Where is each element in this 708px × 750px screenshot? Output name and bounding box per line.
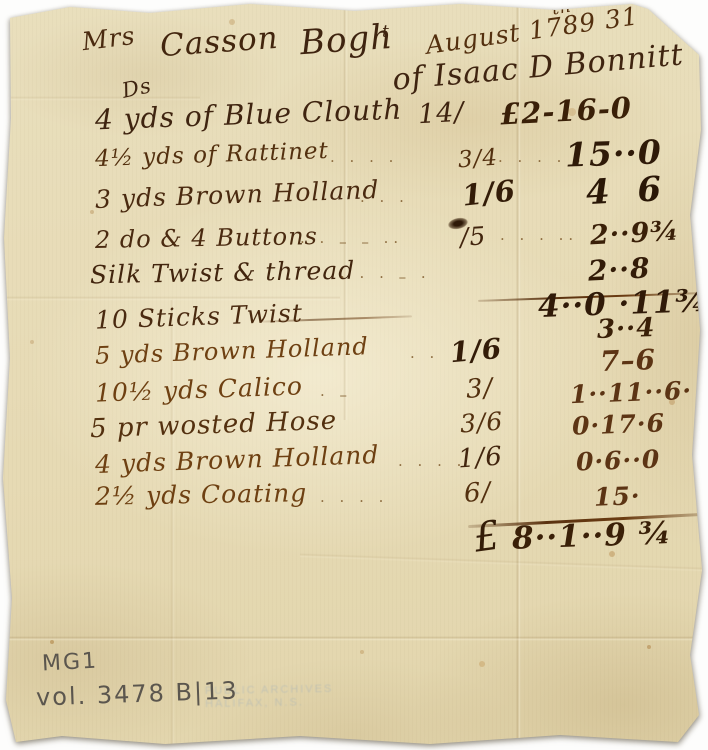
item-amount: 4 6 — [585, 169, 670, 213]
header-date-superscript: th — [550, 0, 573, 20]
item-amount: 0·6··0 — [576, 445, 661, 477]
total-amount: 8··1··9 ¾ — [511, 515, 672, 557]
crease-line — [0, 636, 708, 641]
item-desc: Silk Twist & thread — [90, 256, 356, 290]
item-qty-flourish: Ds — [120, 73, 154, 103]
leader-dots: · · — [410, 348, 439, 366]
leader-dots: · · · · — [398, 456, 466, 474]
item-desc: 3 yds Brown Holland — [95, 175, 380, 214]
item-rate: /5 — [459, 221, 487, 252]
pencil-archive-ref-line1: MG1 — [41, 649, 98, 677]
foxing-spots — [50, 640, 54, 644]
item-rate: 1/6 — [460, 173, 517, 212]
item-desc: 2½ yds Coating — [95, 478, 308, 511]
item-desc: 4 yds Brown Holland — [95, 440, 380, 479]
item-amount: £2-16-0 — [499, 91, 633, 132]
leader-dots: · · · · — [330, 152, 398, 170]
leader-dots: · – — [320, 386, 352, 404]
header-bought-superscript: t — [382, 22, 390, 42]
total-currency-symbol: £ — [471, 512, 504, 561]
leader-dots: · · · ·· — [500, 230, 578, 248]
item-amount: 1··11··6· — [570, 376, 693, 409]
item-desc: 4½ yds of Rattinet — [95, 138, 330, 172]
leader-dots: · · · — [360, 192, 409, 210]
item-amount: 3··4 — [596, 313, 655, 345]
item-rate: 1/6 — [449, 332, 504, 369]
leader-dots: · · · · — [320, 492, 388, 510]
header-salutation: Mrs — [80, 21, 137, 56]
item-desc: 2 do & 4 Buttons — [95, 222, 318, 254]
item-desc: 5 yds Brown Holland — [95, 332, 370, 370]
item-amount: 7–6 — [599, 343, 656, 378]
item-amount: 0·17·6 — [572, 408, 666, 440]
item-amount: 15··0 — [564, 132, 662, 174]
item-rate: 3/6 — [459, 407, 504, 439]
header-bought-word: Bogh — [299, 17, 395, 63]
paper-sheet: Mrs Casson Bogh t August 1789 31 th of I… — [0, 0, 708, 750]
item-amount: 2··9¾ — [589, 216, 680, 252]
item-rate: 14/ — [417, 97, 465, 130]
item-amount: 15· — [594, 481, 641, 512]
item-desc: 5 pr wosted Hose — [90, 406, 338, 445]
paper-shadow: Mrs Casson Bogh t August 1789 31 th of I… — [0, 0, 708, 750]
crease-line — [300, 553, 708, 572]
leader-dots: · · – – ·· — [300, 233, 403, 251]
item-desc: 10½ yds Calico — [95, 371, 304, 407]
leader-dots: · · · – · — [340, 268, 431, 286]
item-rate: 3/ — [465, 373, 494, 405]
scanned-receipt: Mrs Casson Bogh t August 1789 31 th of I… — [0, 0, 708, 750]
item-rate: 6/ — [463, 477, 492, 509]
item-desc: 10 Sticks Twist — [95, 298, 304, 334]
header-buyer-name: Casson — [159, 20, 280, 64]
item-rate: 1/6 — [457, 441, 504, 474]
item-rate: 3/4 — [457, 145, 499, 174]
item-amount: 2··8 — [587, 251, 651, 287]
